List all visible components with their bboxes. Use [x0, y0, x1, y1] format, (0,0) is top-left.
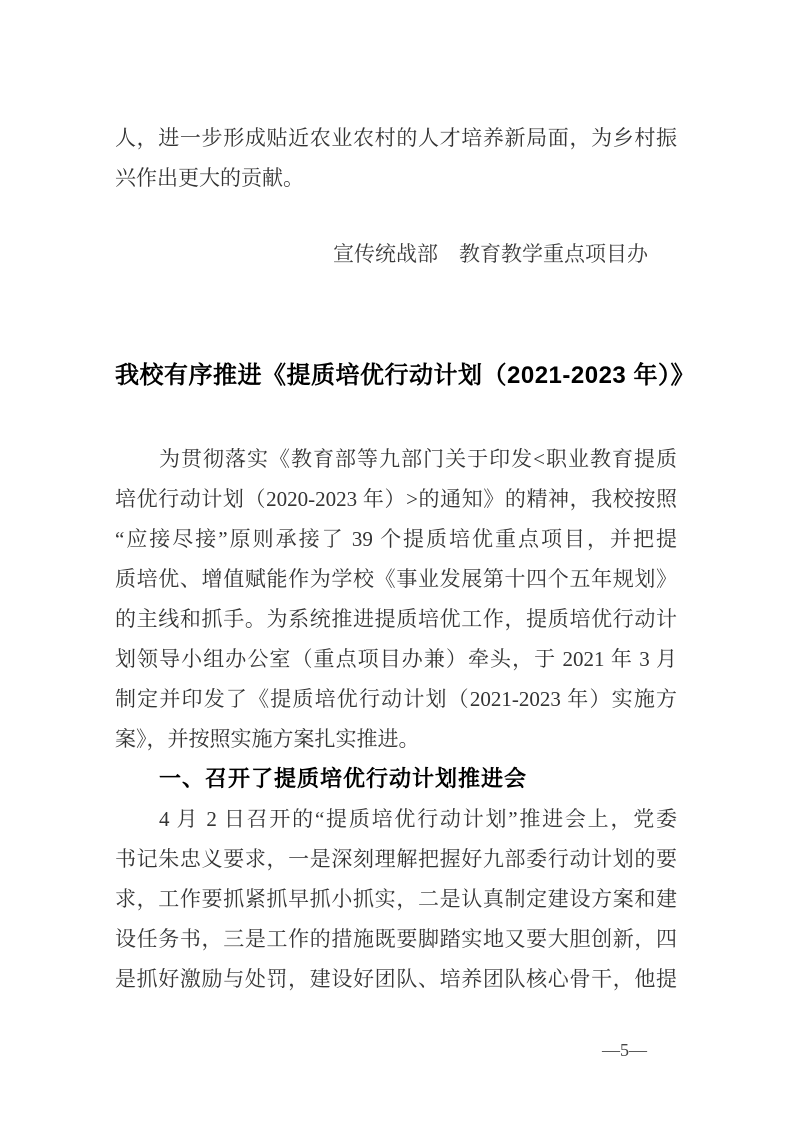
text-line: 的主线和抓手。为系统推进提质培优工作，提质培优行动计	[115, 599, 677, 639]
text-line: 培优行动计划（2020-2023 年）>的通知》的精神，我校按照	[115, 479, 677, 519]
section-heading: 一、召开了提质培优行动计划推进会	[115, 759, 677, 799]
text-line: 制定并印发了《提质培优行动计划（2021-2023 年）实施方	[115, 679, 677, 719]
text-line: 4 月 2 日召开的“提质培优行动计划”推进会上，党委	[115, 799, 677, 839]
text-line: 书记朱忠义要求，一是深刻理解把握好九部委行动计划的要	[115, 839, 677, 879]
intro-paragraph: 为贯彻落实《教育部等九部门关于印发<职业教育提质 培优行动计划（2020-202…	[115, 439, 677, 759]
text-line: 求，工作要抓紧抓早抓小抓实，二是认真制定建设方案和建	[115, 879, 677, 919]
signature-line: 宣传统战部 教育教学重点项目办	[115, 234, 677, 274]
text-line: 质培优、增值赋能作为学校《事业发展第十四个五年规划》	[115, 559, 677, 599]
text-line: 为贯彻落实《教育部等九部门关于印发<职业教育提质	[115, 439, 677, 479]
closing-paragraph: 人，进一步形成贴近农业农村的人才培养新局面，为乡村振 兴作出更大的贡献。	[115, 118, 677, 198]
text-line: 兴作出更大的贡献。	[115, 158, 677, 198]
section-paragraph: 4 月 2 日召开的“提质培优行动计划”推进会上，党委 书记朱忠义要求，一是深刻…	[115, 799, 677, 999]
text-line: 人，进一步形成贴近农业农村的人才培养新局面，为乡村振	[115, 118, 677, 158]
document-page: 人，进一步形成贴近农业农村的人才培养新局面，为乡村振 兴作出更大的贡献。 宣传统…	[0, 0, 793, 1122]
text-line: 案》，并按照实施方案扎实推进。	[115, 719, 677, 759]
text-line: 划领导小组办公室（重点项目办兼）牵头，于 2021 年 3 月	[115, 639, 677, 679]
page-number: —5—	[602, 1038, 647, 1062]
article-title: 我校有序推进《提质培优行动计划（2021-2023 年）》	[115, 356, 677, 396]
text-block: 人，进一步形成贴近农业农村的人才培养新局面，为乡村振 兴作出更大的贡献。 宣传统…	[115, 0, 677, 999]
text-line: 是抓好激励与处罚，建设好团队、培养团队核心骨干，他提	[115, 959, 677, 999]
text-line: “应接尽接”原则承接了 39 个提质培优重点项目，并把提	[115, 519, 677, 559]
text-line: 设任务书，三是工作的措施既要脚踏实地又要大胆创新，四	[115, 919, 677, 959]
